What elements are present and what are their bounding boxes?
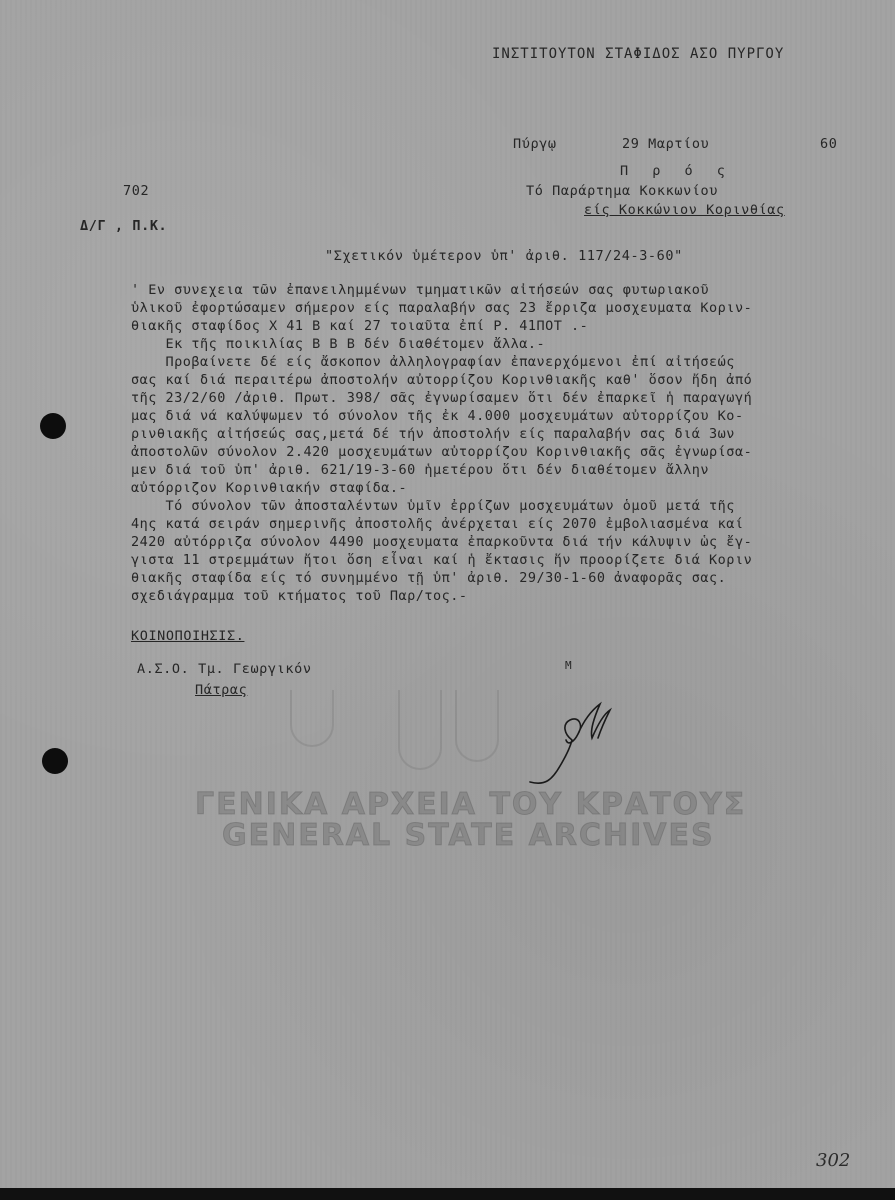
handwritten-page-number: 302 bbox=[816, 1150, 850, 1171]
body-line: Προβαίνετε δέ είς ἄσκοπον ἀλληλογραφίαν … bbox=[131, 354, 735, 370]
body-line: τῆς 23/2/60 /ἀριθ. Πρωτ. 398/ σᾶς ἐγνωρί… bbox=[131, 390, 752, 406]
recipient-line-2: είς Κοκκώνιον Κορινθίας bbox=[584, 202, 785, 218]
body-line: 4ης κατά σειράν σημερινῆς ἀποστολῆς ἀνέρ… bbox=[131, 516, 744, 532]
reference-code: Δ/Γ , Π.Κ. bbox=[80, 218, 167, 234]
punch-hole-top bbox=[40, 413, 66, 439]
cc-recipient-line-2: Πάτρας bbox=[195, 682, 247, 698]
place: Πύργῳ bbox=[513, 136, 557, 152]
watermark-emblem-bar bbox=[398, 690, 442, 770]
body-line: αὐτόρριζον Κορινθιακήν σταφίδα.- bbox=[131, 480, 407, 496]
watermark-emblem-bar bbox=[455, 690, 499, 762]
body-line: σχεδιάγραμμα τοῦ κτήματος τοῦ Παρ/τος.- bbox=[131, 588, 467, 604]
scan-edge-band bbox=[0, 1188, 895, 1200]
body-line: θιακῆς σταφίδα είς τό συνημμένο τῇ ὑπ' ἀ… bbox=[131, 570, 726, 586]
body-line: γιστα 11 στρεμμάτων ἤτοι ὅση εἶναι καί ἡ… bbox=[131, 552, 752, 568]
body-line: σας καί διά περαιτέρω ἀποστολήν αὐτορρίζ… bbox=[131, 372, 752, 388]
watermark-english: GENERAL STATE ARCHIVES bbox=[222, 818, 715, 853]
watermark-greek: ΓΕΝΙΚΑ ΑΡΧΕΙΑ ΤΟΥ ΚΡΑΤΟΥΣ bbox=[195, 787, 746, 822]
body-line: ρινθιακῆς αἰτήσεώς σας,μετά δέ τήν ἀποστ… bbox=[131, 426, 735, 442]
body-line: ὑλικοῦ ἐφορτώσαμεν σήμερον είς παραλαβήν… bbox=[131, 300, 752, 316]
body-line: Τό σύνολον τῶν ἀποσταλέντων ὑμῖν ἐρρίζων… bbox=[131, 498, 735, 514]
cc-label: ΚΟΙΝΟΠΟΙΗΣΙΣ. bbox=[131, 628, 244, 644]
punch-hole-bottom bbox=[42, 748, 68, 774]
signature-icon bbox=[520, 700, 630, 795]
body-line: θιακῆς σταφίδος Χ 41 Β καί 27 τοιαῦτα ἐπ… bbox=[131, 318, 588, 334]
body-line: μας διά νά καλύψωμεν τό σύνολον τῆς ἐκ 4… bbox=[131, 408, 744, 424]
recipient-line-1: Τό Παράρτημα Κοκκωνίου bbox=[526, 183, 718, 199]
body-line: ' Εν συνεχεια τῶν ἐπανειλημμένων τμηματι… bbox=[131, 282, 709, 298]
subject-line: "Σχετικόν ὑμέτερον ὑπ' ἀριθ. 117/24-3-60… bbox=[325, 248, 683, 264]
recipient-label: Π ρ ό ς bbox=[620, 163, 733, 179]
year: 60 bbox=[820, 136, 837, 152]
watermark-emblem-bar bbox=[290, 690, 334, 747]
body-line: ἀποστολῶν σύνολον 2.420 μοσχευμάτων αὐτο… bbox=[131, 444, 752, 460]
body-line: μεν διά τοῦ ὑπ' ἀριθ. 621/19-3-60 ἡμετέρ… bbox=[131, 462, 709, 478]
body-line: Εκ τῆς ποικιλίας Β Β Β δέν διαθέτομεν ἄλ… bbox=[131, 336, 545, 352]
body-line: 2420 αὐτόρριζα σύνολον 4490 μοσχευματα ἐ… bbox=[131, 534, 752, 550]
reference-number: 702 bbox=[123, 183, 149, 199]
cc-recipient-line-1: Α.Σ.Ο. Τμ. Γεωργικόν bbox=[137, 661, 312, 677]
letterhead: ΙΝΣΤΙΤΟΥΤΟΝ ΣΤΑΦΙΔΟΣ ΑΣΟ ΠΥΡΓΟΥ bbox=[492, 46, 784, 62]
typist-initial: Μ bbox=[565, 658, 572, 674]
date: 29 Μαρτίου bbox=[622, 136, 709, 152]
